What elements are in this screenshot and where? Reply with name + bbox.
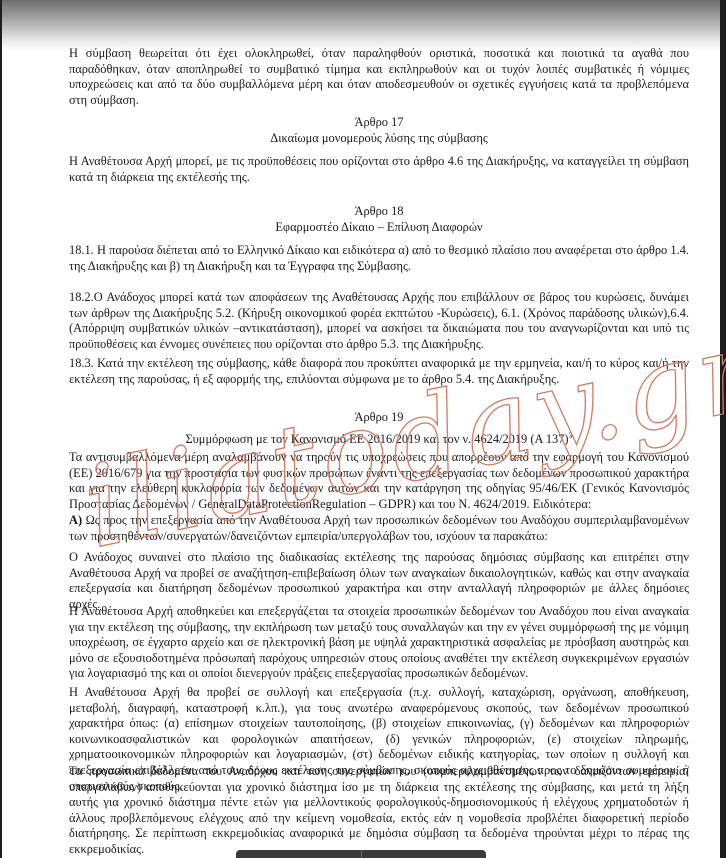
footnote-ref: 3 — [569, 431, 573, 440]
paragraph-completion: Η σύμβαση θεωρείται ότι έχει ολοκληρωθεί… — [69, 46, 689, 108]
page-navigation-toolbar — [236, 850, 486, 858]
article-19-title-text: Συμμόρφωση με τον Κανονισμό ΕΕ 2016/2019… — [185, 432, 568, 446]
section-heading-completion: Ολοκλήρωση συμβατικού αντικειμένου — [69, 20, 689, 36]
article-18-number: Άρθρο 18 — [69, 204, 689, 220]
section-a-text: Ως προς την επεξεργασία από την Αναθέτου… — [69, 513, 689, 543]
scrollbar-track[interactable] — [720, 0, 726, 858]
article-17-number: Άρθρο 17 — [69, 115, 689, 131]
section-a-label: Α) — [69, 513, 82, 527]
article-19-section-a: Α) Ως προς την επεξεργασία από την Αναθέ… — [69, 513, 689, 544]
article-19-intro: Τα αντισυμβαλλόμενα μέρη αναλαμβάνουν να… — [69, 450, 689, 512]
document-viewer: Ολοκλήρωση συμβατικού αντικειμένου Η σύμ… — [0, 0, 726, 858]
toolbar-button-left[interactable] — [236, 850, 361, 858]
article-17-text: Η Αναθέτουσα Αρχή μπορεί, με τις προϋποθ… — [69, 154, 689, 185]
article-18-paragraph-3: 18.3. Κατά την εκτέλεση της σύμβασης, κά… — [69, 356, 689, 387]
article-19-number: Άρθρο 19 — [69, 410, 689, 426]
article-17-title: Δικαίωμα μονομερούς λύσης της σύμβασης — [69, 131, 689, 147]
document-page: Ολοκλήρωση συμβατικού αντικειμένου Η σύμ… — [2, 0, 720, 858]
paragraph-retention: Τα προσωπικά δεδομένα του Αναδόχου και τ… — [69, 764, 689, 858]
paragraph-storage: Η Αναθέτουσα Αρχή αποθηκεύει και επεξεργ… — [69, 604, 689, 682]
article-18-paragraph-2: 18.2.Ο Ανάδοχος μπορεί κατά των αποφάσεω… — [69, 290, 689, 352]
article-18-title: Εφαρμοστέο Δίκαιο – Επίλυση Διαφορών — [69, 220, 689, 236]
article-18-paragraph-1: 18.1. Η παρούσα διέπεται από το Ελληνικό… — [69, 243, 689, 274]
toolbar-button-right[interactable] — [361, 850, 487, 858]
article-19-title: Συμμόρφωση με τον Κανονισμό ΕΕ 2016/2019… — [69, 432, 689, 448]
